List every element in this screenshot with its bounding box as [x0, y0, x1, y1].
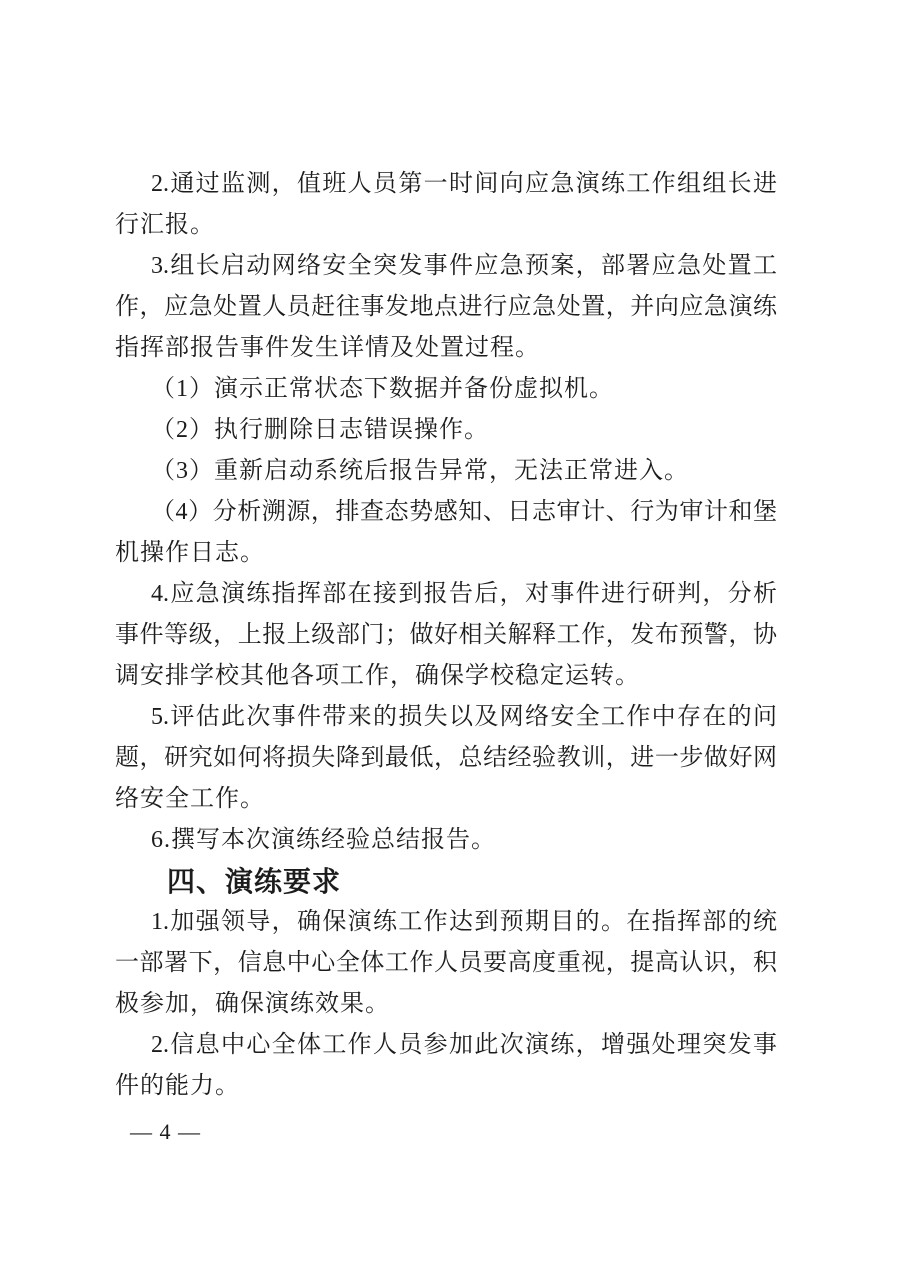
- section-heading: 四、演练要求: [115, 861, 777, 902]
- paragraph-line: （4）分析溯源，排查态势感知、日志审计、行为审计和堡: [115, 492, 777, 533]
- paragraph-line: （1）演示正常状态下数据并备份虚拟机。: [115, 369, 777, 410]
- paragraph-line: 4.应急演练指挥部在接到报告后，对事件进行研判，分析: [115, 574, 777, 615]
- paragraph-line: 1.加强领导，确保演练工作达到预期目的。在指挥部的统: [115, 902, 777, 943]
- document-body: 2.通过监测，值班人员第一时间向应急演练工作组组长进行汇报。3.组长启动网络安全…: [115, 164, 777, 1107]
- paragraph-line: 机操作日志。: [115, 533, 777, 574]
- paragraph-line: 作，应急处置人员赶往事发地点进行应急处置，并向应急演练: [115, 287, 777, 328]
- paragraph-line: 2.通过监测，值班人员第一时间向应急演练工作组组长进: [115, 164, 777, 205]
- paragraph-line: （2）执行删除日志错误操作。: [115, 410, 777, 451]
- page-number: — 4 —: [130, 1117, 201, 1147]
- paragraph-line: 6.撰写本次演练经验总结报告。: [115, 820, 777, 861]
- paragraph-line: 5.评估此次事件带来的损失以及网络安全工作中存在的问: [115, 697, 777, 738]
- paragraph-line: 一部署下，信息中心全体工作人员要高度重视，提高认识，积: [115, 943, 777, 984]
- paragraph-line: 件的能力。: [115, 1066, 777, 1107]
- paragraph-line: 指挥部报告事件发生详情及处置过程。: [115, 328, 777, 369]
- paragraph-line: 络安全工作。: [115, 779, 777, 820]
- document-page: 2.通过监测，值班人员第一时间向应急演练工作组组长进行汇报。3.组长启动网络安全…: [0, 0, 900, 1272]
- paragraph-line: 极参加，确保演练效果。: [115, 984, 777, 1025]
- paragraph-line: 事件等级，上报上级部门；做好相关解释工作，发布预警，协: [115, 615, 777, 656]
- paragraph-line: （3）重新启动系统后报告异常，无法正常进入。: [115, 451, 777, 492]
- paragraph-line: 行汇报。: [115, 205, 777, 246]
- paragraph-line: 3.组长启动网络安全突发事件应急预案，部署应急处置工: [115, 246, 777, 287]
- paragraph-line: 2.信息中心全体工作人员参加此次演练，增强处理突发事: [115, 1025, 777, 1066]
- paragraph-line: 题，研究如何将损失降到最低，总结经验教训，进一步做好网: [115, 738, 777, 779]
- paragraph-line: 调安排学校其他各项工作，确保学校稳定运转。: [115, 656, 777, 697]
